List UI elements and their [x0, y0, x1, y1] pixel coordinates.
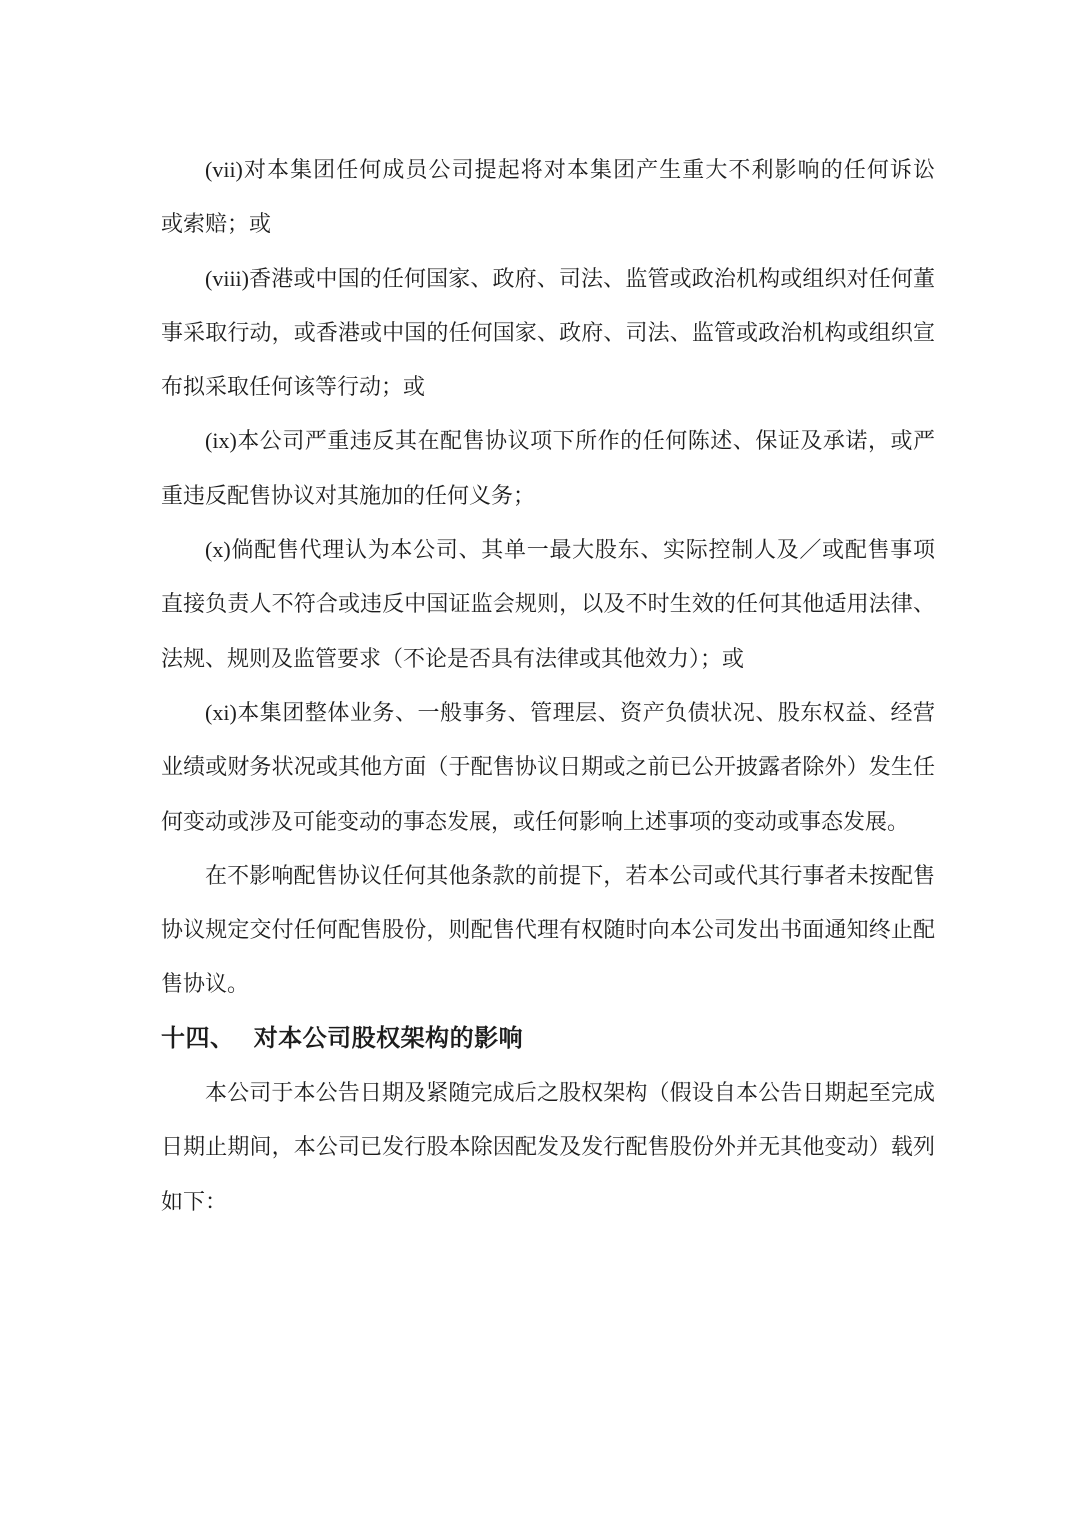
text-line: 日期止期间，本公司已发行股本除因配发及发行配售股份外并无其他变动）载列 — [161, 1120, 935, 1174]
section-number: 十四、 — [161, 1026, 235, 1052]
document-body: (vii)对本集团任何成员公司提起将对本集团产生重大不利影响的任何诉讼 或索赔；… — [161, 143, 935, 1229]
clause-vii: (vii)对本集团任何成员公司提起将对本集团产生重大不利影响的任何诉讼 或索赔；… — [161, 143, 935, 252]
clause-x: (x)倘配售代理认为本公司、其单一最大股东、实际控制人及／或配售事项 直接负责人… — [161, 523, 935, 686]
section-title: 对本公司股权架构的影响 — [254, 1026, 524, 1052]
document-page: { "page": { "background": "#ffffff", "te… — [0, 0, 1080, 1527]
text-line: 如下： — [161, 1175, 935, 1229]
clause-xi: (xi)本集团整体业务、一般事务、管理层、资产负债状况、股东权益、经营 业绩或财… — [161, 686, 935, 849]
text-line: 布拟采取任何该等行动；或 — [161, 360, 935, 414]
text-line: (x)倘配售代理认为本公司、其单一最大股东、实际控制人及／或配售事项 — [161, 523, 935, 577]
text-line: 事采取行动，或香港或中国的任何国家、政府、司法、监管或政治机构或组织宣 — [161, 306, 935, 360]
text-line: 法规、规则及监管要求（不论是否具有法律或其他效力）；或 — [161, 632, 935, 686]
clause-viii: (viii)香港或中国的任何国家、政府、司法、监管或政治机构或组织对任何董 事采… — [161, 252, 935, 415]
text-line: 业绩或财务状况或其他方面（于配售协议日期或之前已公开披露者除外）发生任 — [161, 740, 935, 794]
clause-ix: (ix)本公司严重违反其在配售协议项下所作的任何陈述、保证及承诺，或严 重违反配… — [161, 414, 935, 523]
section-14-heading: 十四、对本公司股权架构的影响 — [161, 1012, 935, 1066]
text-line: 在不影响配售协议任何其他条款的前提下，若本公司或代其行事者未按配售 — [161, 849, 935, 903]
termination-paragraph: 在不影响配售协议任何其他条款的前提下，若本公司或代其行事者未按配售 协议规定交付… — [161, 849, 935, 1012]
text-line: (viii)香港或中国的任何国家、政府、司法、监管或政治机构或组织对任何董 — [161, 252, 935, 306]
text-line: 售协议。 — [161, 957, 935, 1011]
text-line: (vii)对本集团任何成员公司提起将对本集团产生重大不利影响的任何诉讼 — [161, 143, 935, 197]
text-line: (xi)本集团整体业务、一般事务、管理层、资产负债状况、股东权益、经营 — [161, 686, 935, 740]
text-line: 协议规定交付任何配售股份，则配售代理有权随时向本公司发出书面通知终止配 — [161, 903, 935, 957]
text-line: 何变动或涉及可能变动的事态发展，或任何影响上述事项的变动或事态发展。 — [161, 795, 935, 849]
shareholding-intro-paragraph: 本公司于本公告日期及紧随完成后之股权架构（假设自本公告日期起至完成 日期止期间，… — [161, 1066, 935, 1229]
text-line: (ix)本公司严重违反其在配售协议项下所作的任何陈述、保证及承诺，或严 — [161, 414, 935, 468]
text-line: 本公司于本公告日期及紧随完成后之股权架构（假设自本公告日期起至完成 — [161, 1066, 935, 1120]
text-line: 或索赔；或 — [161, 197, 935, 251]
text-line: 直接负责人不符合或违反中国证监会规则，以及不时生效的任何其他适用法律、 — [161, 577, 935, 631]
text-line: 重违反配售协议对其施加的任何义务； — [161, 469, 935, 523]
